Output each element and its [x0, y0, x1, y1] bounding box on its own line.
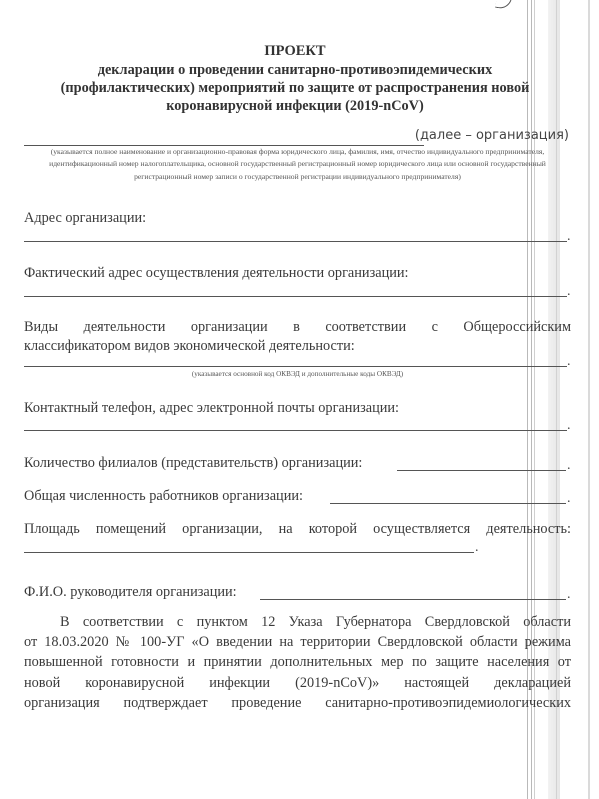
director-label: Ф.И.О. руководителя организации:	[24, 584, 237, 601]
document-subtitle-line: декларации о проведении санитарно-против…	[30, 61, 560, 79]
organization-suffix: (далее – организация)	[415, 128, 569, 143]
paragraph-line: повышенной готовности и принятии дополни…	[24, 652, 571, 672]
contacts-field[interactable]	[24, 430, 567, 431]
pen-mark	[495, 0, 512, 10]
field-terminator: .	[567, 229, 571, 245]
activities-label-line: Виды деятельности организации в соответс…	[24, 319, 571, 336]
paragraph-line: новой коронавирусной инфекции (2019-nCoV…	[24, 673, 571, 693]
organization-note: (указывается полное наименование и орган…	[24, 146, 571, 183]
activities-field[interactable]	[24, 366, 567, 367]
document-subtitle-line: (профилактических) мероприятий по защите…	[30, 79, 560, 97]
address-field[interactable]	[24, 241, 567, 242]
field-terminator: .	[567, 587, 571, 603]
field-terminator: .	[567, 418, 571, 434]
activities-label-line: классификатором видов экономической деят…	[24, 338, 355, 355]
area-field[interactable]	[24, 552, 474, 553]
actual-address-field[interactable]	[24, 296, 567, 297]
document-title-block: ПРОЕКТ декларации о проведении санитарно…	[30, 42, 560, 115]
declaration-paragraph: В соответствии с пунктом 12 Указа Губерн…	[24, 612, 571, 713]
activities-note: (указывается основной код ОКВЭД и дополн…	[24, 370, 571, 378]
address-label: Адрес организации:	[24, 210, 146, 227]
paragraph-line: от 18.03.2020 № 100-УГ «О введении на те…	[24, 632, 571, 652]
field-terminator: .	[475, 540, 479, 556]
contacts-label: Контактный телефон, адрес электронной по…	[24, 400, 399, 417]
branches-field[interactable]	[397, 470, 566, 471]
area-label: Площадь помещений организации, на которо…	[24, 521, 571, 538]
paragraph-line: организация подтверждает проведение сани…	[24, 693, 571, 713]
document-page: ПРОЕКТ декларации о проведении санитарно…	[0, 0, 599, 799]
field-terminator: .	[567, 458, 571, 474]
scan-line	[588, 0, 590, 799]
branches-label: Количество филиалов (представительств) о…	[24, 455, 362, 472]
field-terminator: .	[567, 491, 571, 507]
actual-address-label: Фактический адрес осуществления деятельн…	[24, 265, 409, 282]
employees-field[interactable]	[330, 503, 566, 504]
document-title: ПРОЕКТ	[30, 42, 560, 60]
employees-label: Общая численность работников организации…	[24, 488, 303, 505]
paragraph-line: В соответствии с пунктом 12 Указа Губерн…	[24, 612, 571, 632]
field-terminator: .	[567, 354, 571, 370]
document-subtitle-line: коронавирусной инфекции (2019-nCoV)	[30, 97, 560, 115]
field-terminator: .	[567, 284, 571, 300]
director-field[interactable]	[260, 599, 566, 600]
